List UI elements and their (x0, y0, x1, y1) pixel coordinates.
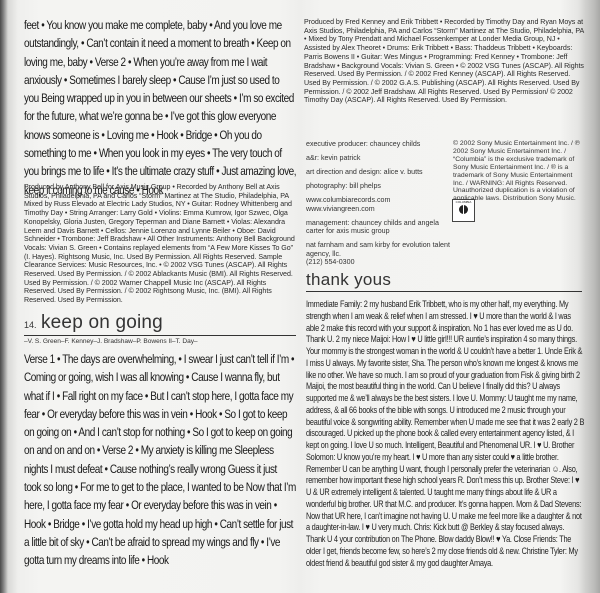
management: management: chauncey childs and angela c… (306, 219, 456, 236)
song-title: 14. keep on going (24, 312, 296, 336)
previous-song-credits-block: Produced by Anthony Bell for Axis Music … (24, 183, 296, 305)
track-number: 14. (24, 320, 37, 330)
left-column: feet • You know you make me complete, ba… (24, 16, 296, 199)
photography: photography: bill phelps (306, 182, 456, 191)
a-and-r: a&r: kevin patrick (306, 154, 456, 163)
liner-notes-page: feet • You know you make me complete, ba… (0, 0, 600, 593)
columbia-disc-icon (459, 205, 468, 214)
websites: www.columbiarecords.com www.viviangreen.… (306, 196, 456, 213)
previous-song-lyrics: feet • You know you make me complete, ba… (24, 16, 296, 199)
track-title: keep on going (41, 312, 163, 333)
previous-song-credits: Produced by Anthony Bell for Axis Music … (24, 183, 296, 305)
legal-notice: © 2002 Sony Music Entertainment Inc. / ℗… (453, 140, 581, 203)
logo-label: COLUMBIA (453, 200, 474, 204)
songwriters: –V. S. Green–F. Kenney–J. Bradshaw–P. Bo… (24, 338, 198, 345)
song-lyrics: Verse 1 • The days are overwhelming, • I… (24, 350, 296, 570)
staff-credits: executive producer: chauncey childs a&r:… (306, 140, 456, 272)
thank-yous-heading: thank yous (306, 270, 582, 292)
art-direction: art direction and design: alice v. butts (306, 168, 456, 177)
song-lyrics-block: Verse 1 • The days are overwhelming, • I… (24, 350, 296, 570)
columbia-logo-icon: COLUMBIA (452, 199, 475, 222)
thank-yous-block: Immediate Family: 2 my husband Erik Trib… (306, 299, 584, 569)
thank-yous-body: Immediate Family: 2 my husband Erik Trib… (306, 299, 584, 569)
thank-yous-title: thank yous (306, 270, 391, 289)
booking-agency: nat farnham and sam kirby for evolution … (306, 241, 456, 267)
executive-producer: executive producer: chauncey childs (306, 140, 456, 149)
right-credits-block: Produced by Fred Kenney and Erik Tribbet… (304, 18, 584, 105)
production-credits: Produced by Fred Kenney and Erik Tribbet… (304, 18, 584, 105)
